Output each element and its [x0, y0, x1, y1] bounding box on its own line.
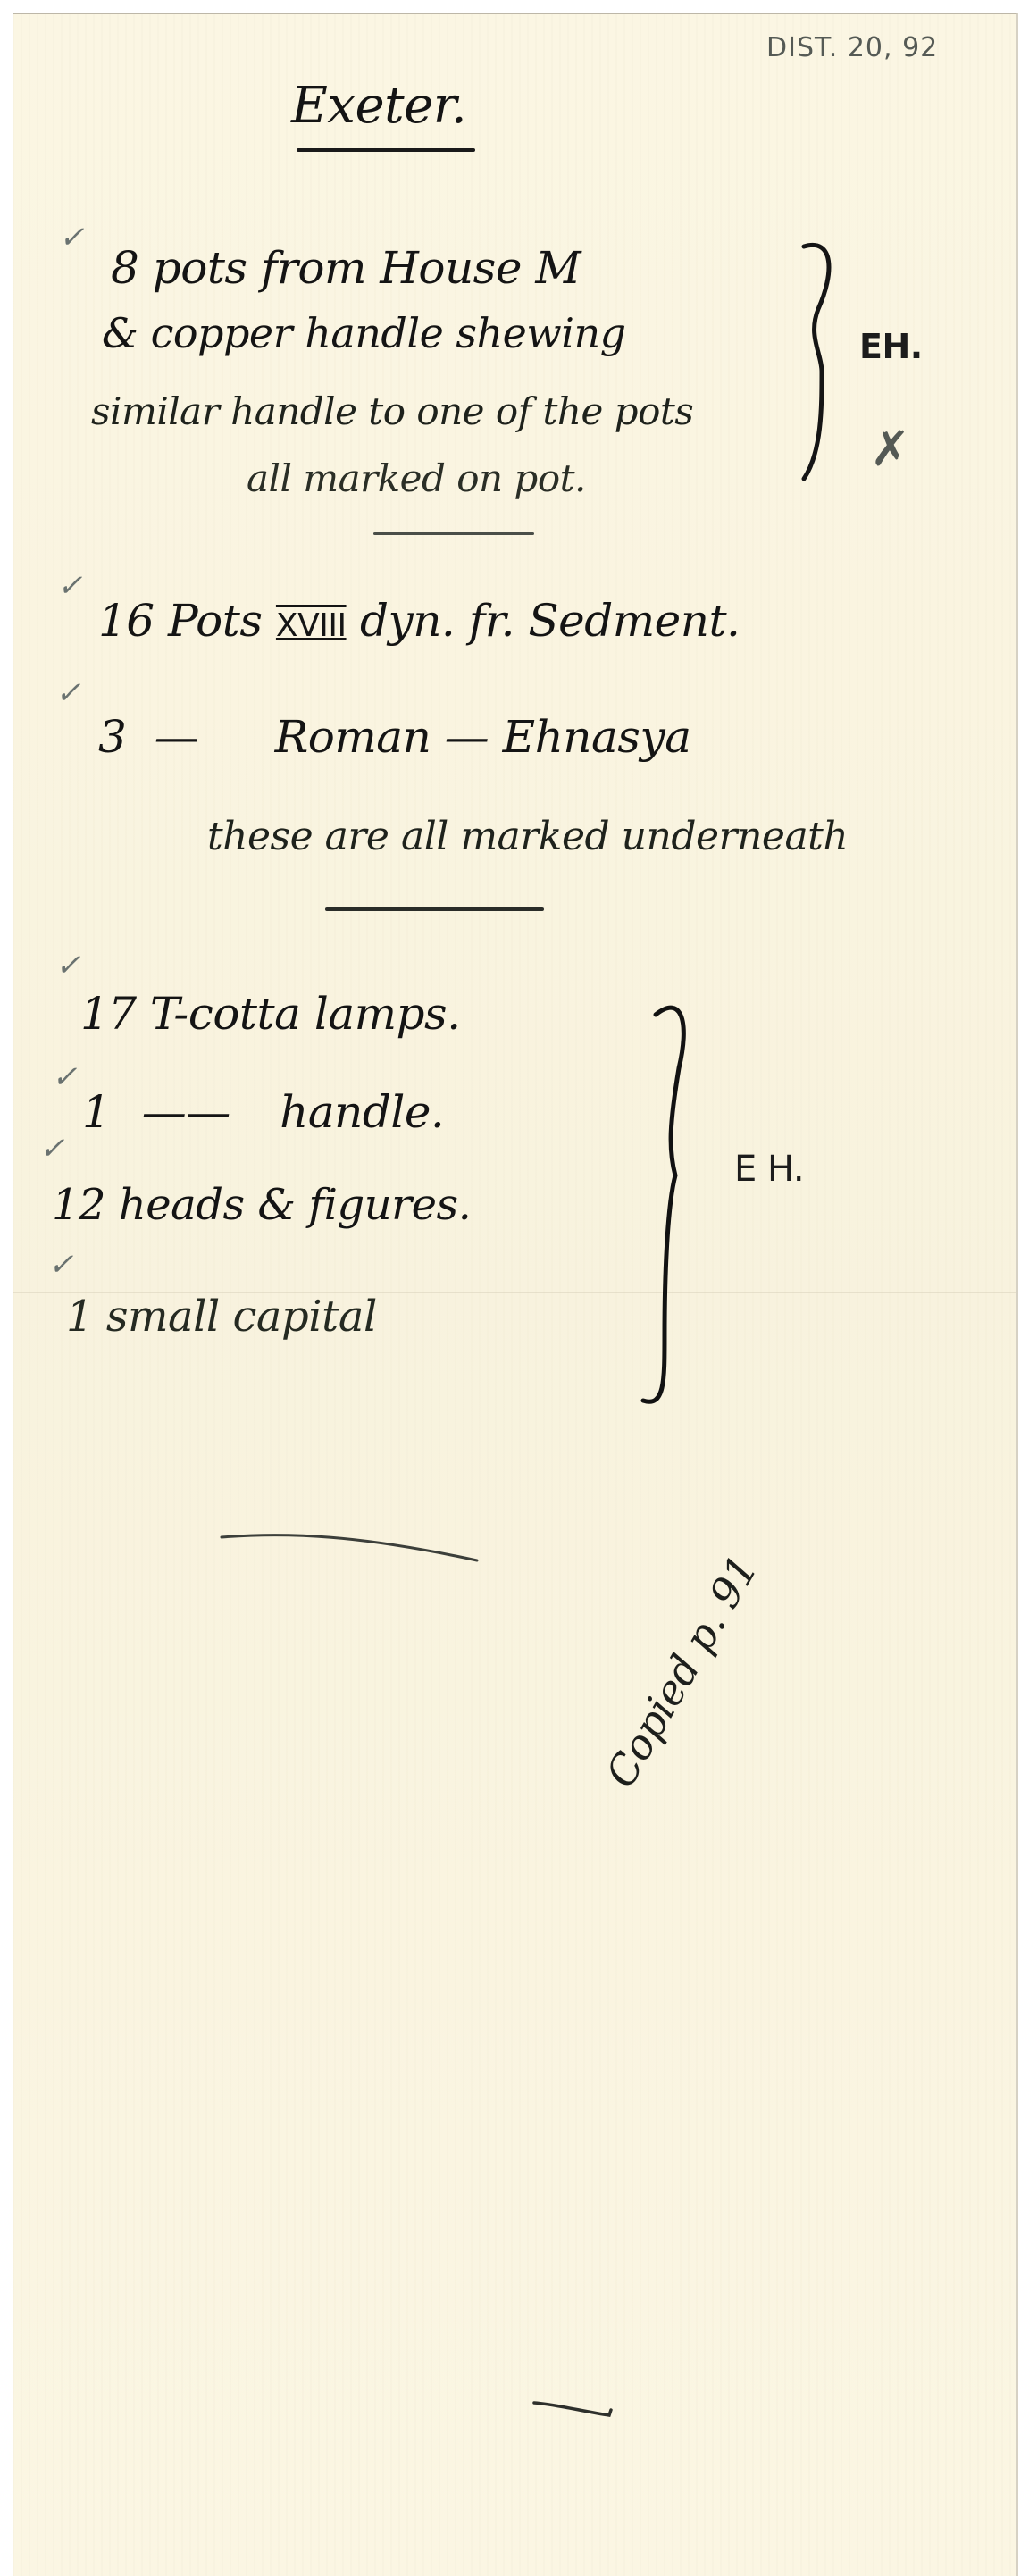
section1-line1: 8 pots from House M: [111, 242, 581, 294]
section2-note: these are all marked underneath: [207, 814, 848, 859]
item-text: T-cotta lamps.: [150, 988, 461, 1040]
quantity: 17: [80, 988, 137, 1040]
quantity: 16: [98, 595, 155, 647]
ditto-dash: —: [155, 711, 199, 763]
copied-annotation: Copied p. 91: [596, 1547, 767, 1795]
underline-marked: [373, 532, 534, 535]
quantity: 3: [98, 711, 126, 763]
item-text: heads & figures.: [119, 1180, 472, 1230]
item-text: handle.: [280, 1086, 444, 1138]
section1-line3: similar handle to one of the pots: [91, 389, 693, 433]
cross-mark-icon: ✗: [870, 421, 910, 477]
check-mark-icon: ✓: [55, 675, 81, 711]
right-brace-icon: [799, 238, 852, 488]
stray-pen-mark: [531, 2397, 620, 2424]
section-divider: [325, 907, 544, 911]
section3-line2: 1 —— handle.: [82, 1086, 444, 1138]
document-page: DIST. 20, 92 Exeter. ✓ 8 pots from House…: [13, 13, 1018, 2576]
section3-line4: 1 small capital: [66, 1292, 377, 1342]
check-mark-icon: ✓: [52, 1059, 78, 1095]
section2-line1: 16 Pots XVIII dyn. fr. Sedment.: [98, 595, 740, 647]
check-mark-icon: ✓: [57, 568, 83, 604]
section1-line4: all marked on pot.: [247, 456, 586, 500]
closing-rule: [218, 1528, 486, 1564]
item-text: small capital: [106, 1292, 377, 1342]
section1-line2: & copper handle shewing: [102, 309, 626, 357]
check-mark-icon: ✓: [59, 220, 85, 255]
quantity: 1: [82, 1086, 110, 1138]
brace-label-eh: E H.: [734, 1149, 804, 1190]
quantity: 1: [66, 1292, 93, 1342]
title-underline: [297, 148, 475, 152]
item-text: Roman — Ehnasya: [275, 711, 691, 763]
check-mark-icon: ✓: [55, 948, 81, 983]
section2-line2: 3 — Roman — Ehnasya: [98, 711, 691, 763]
page-title: Exeter.: [291, 77, 466, 135]
quantity: 12: [52, 1180, 105, 1230]
dynasty-numeral: XVIII: [276, 607, 347, 644]
check-mark-icon: ✓: [39, 1131, 65, 1167]
right-brace-icon: [638, 997, 709, 1426]
item-text: Pots: [168, 595, 262, 647]
brace-label-eh: EH.: [859, 327, 923, 366]
check-mark-icon: ✓: [48, 1247, 74, 1283]
section3-line3: 12 heads & figures.: [52, 1180, 471, 1230]
ditto-dash: ——: [142, 1086, 230, 1138]
reference-number: DIST. 20, 92: [766, 32, 938, 63]
section3-line1: 17 T-cotta lamps.: [80, 988, 461, 1040]
item-text: dyn. fr. Sedment.: [360, 595, 740, 647]
